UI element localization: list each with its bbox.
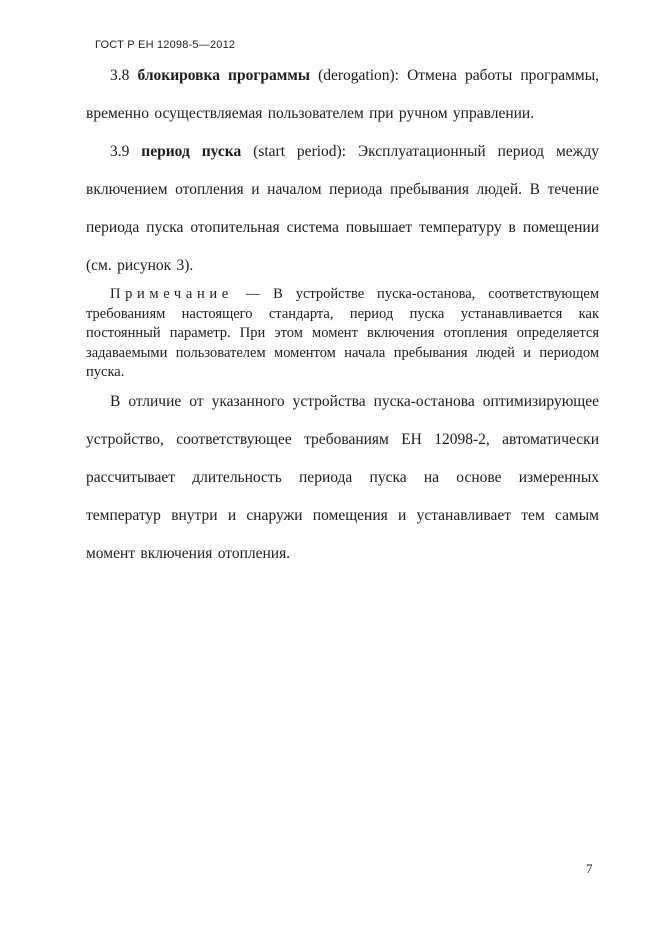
note-label: Примечание	[110, 286, 233, 302]
page-number: 7	[586, 861, 593, 877]
paragraph-closing: В отличие от указанного устройства пуска…	[86, 383, 599, 573]
term-3-9: период пуска	[141, 143, 241, 160]
paragraph-3-9: 3.9 период пуска (start period): Эксплуа…	[86, 133, 599, 285]
note-dash: —	[246, 286, 261, 302]
clause-number-3-8: 3.8	[110, 67, 129, 84]
document-page: ГОСТ Р ЕН 12098-5—2012 3.8 блокировка пр…	[0, 0, 661, 935]
paragraph-closing-text: В отличие от указанного устройства пуска…	[86, 393, 599, 562]
document-body: 3.8 блокировка программы (derogation): О…	[86, 57, 599, 573]
clause-number-3-9: 3.9	[110, 143, 129, 160]
term-3-8: блокировка программы	[137, 67, 310, 84]
document-code: ГОСТ Р ЕН 12098-5—2012	[95, 39, 235, 51]
paragraph-3-8: 3.8 блокировка программы (derogation): О…	[86, 57, 599, 133]
paragraph-3-9-text: (start period): Эксплуатационный период …	[86, 143, 599, 274]
note-paragraph: Примечание — В устройстве пуска-останова…	[86, 285, 599, 383]
running-header: ГОСТ Р ЕН 12098-5—2012	[95, 39, 235, 51]
